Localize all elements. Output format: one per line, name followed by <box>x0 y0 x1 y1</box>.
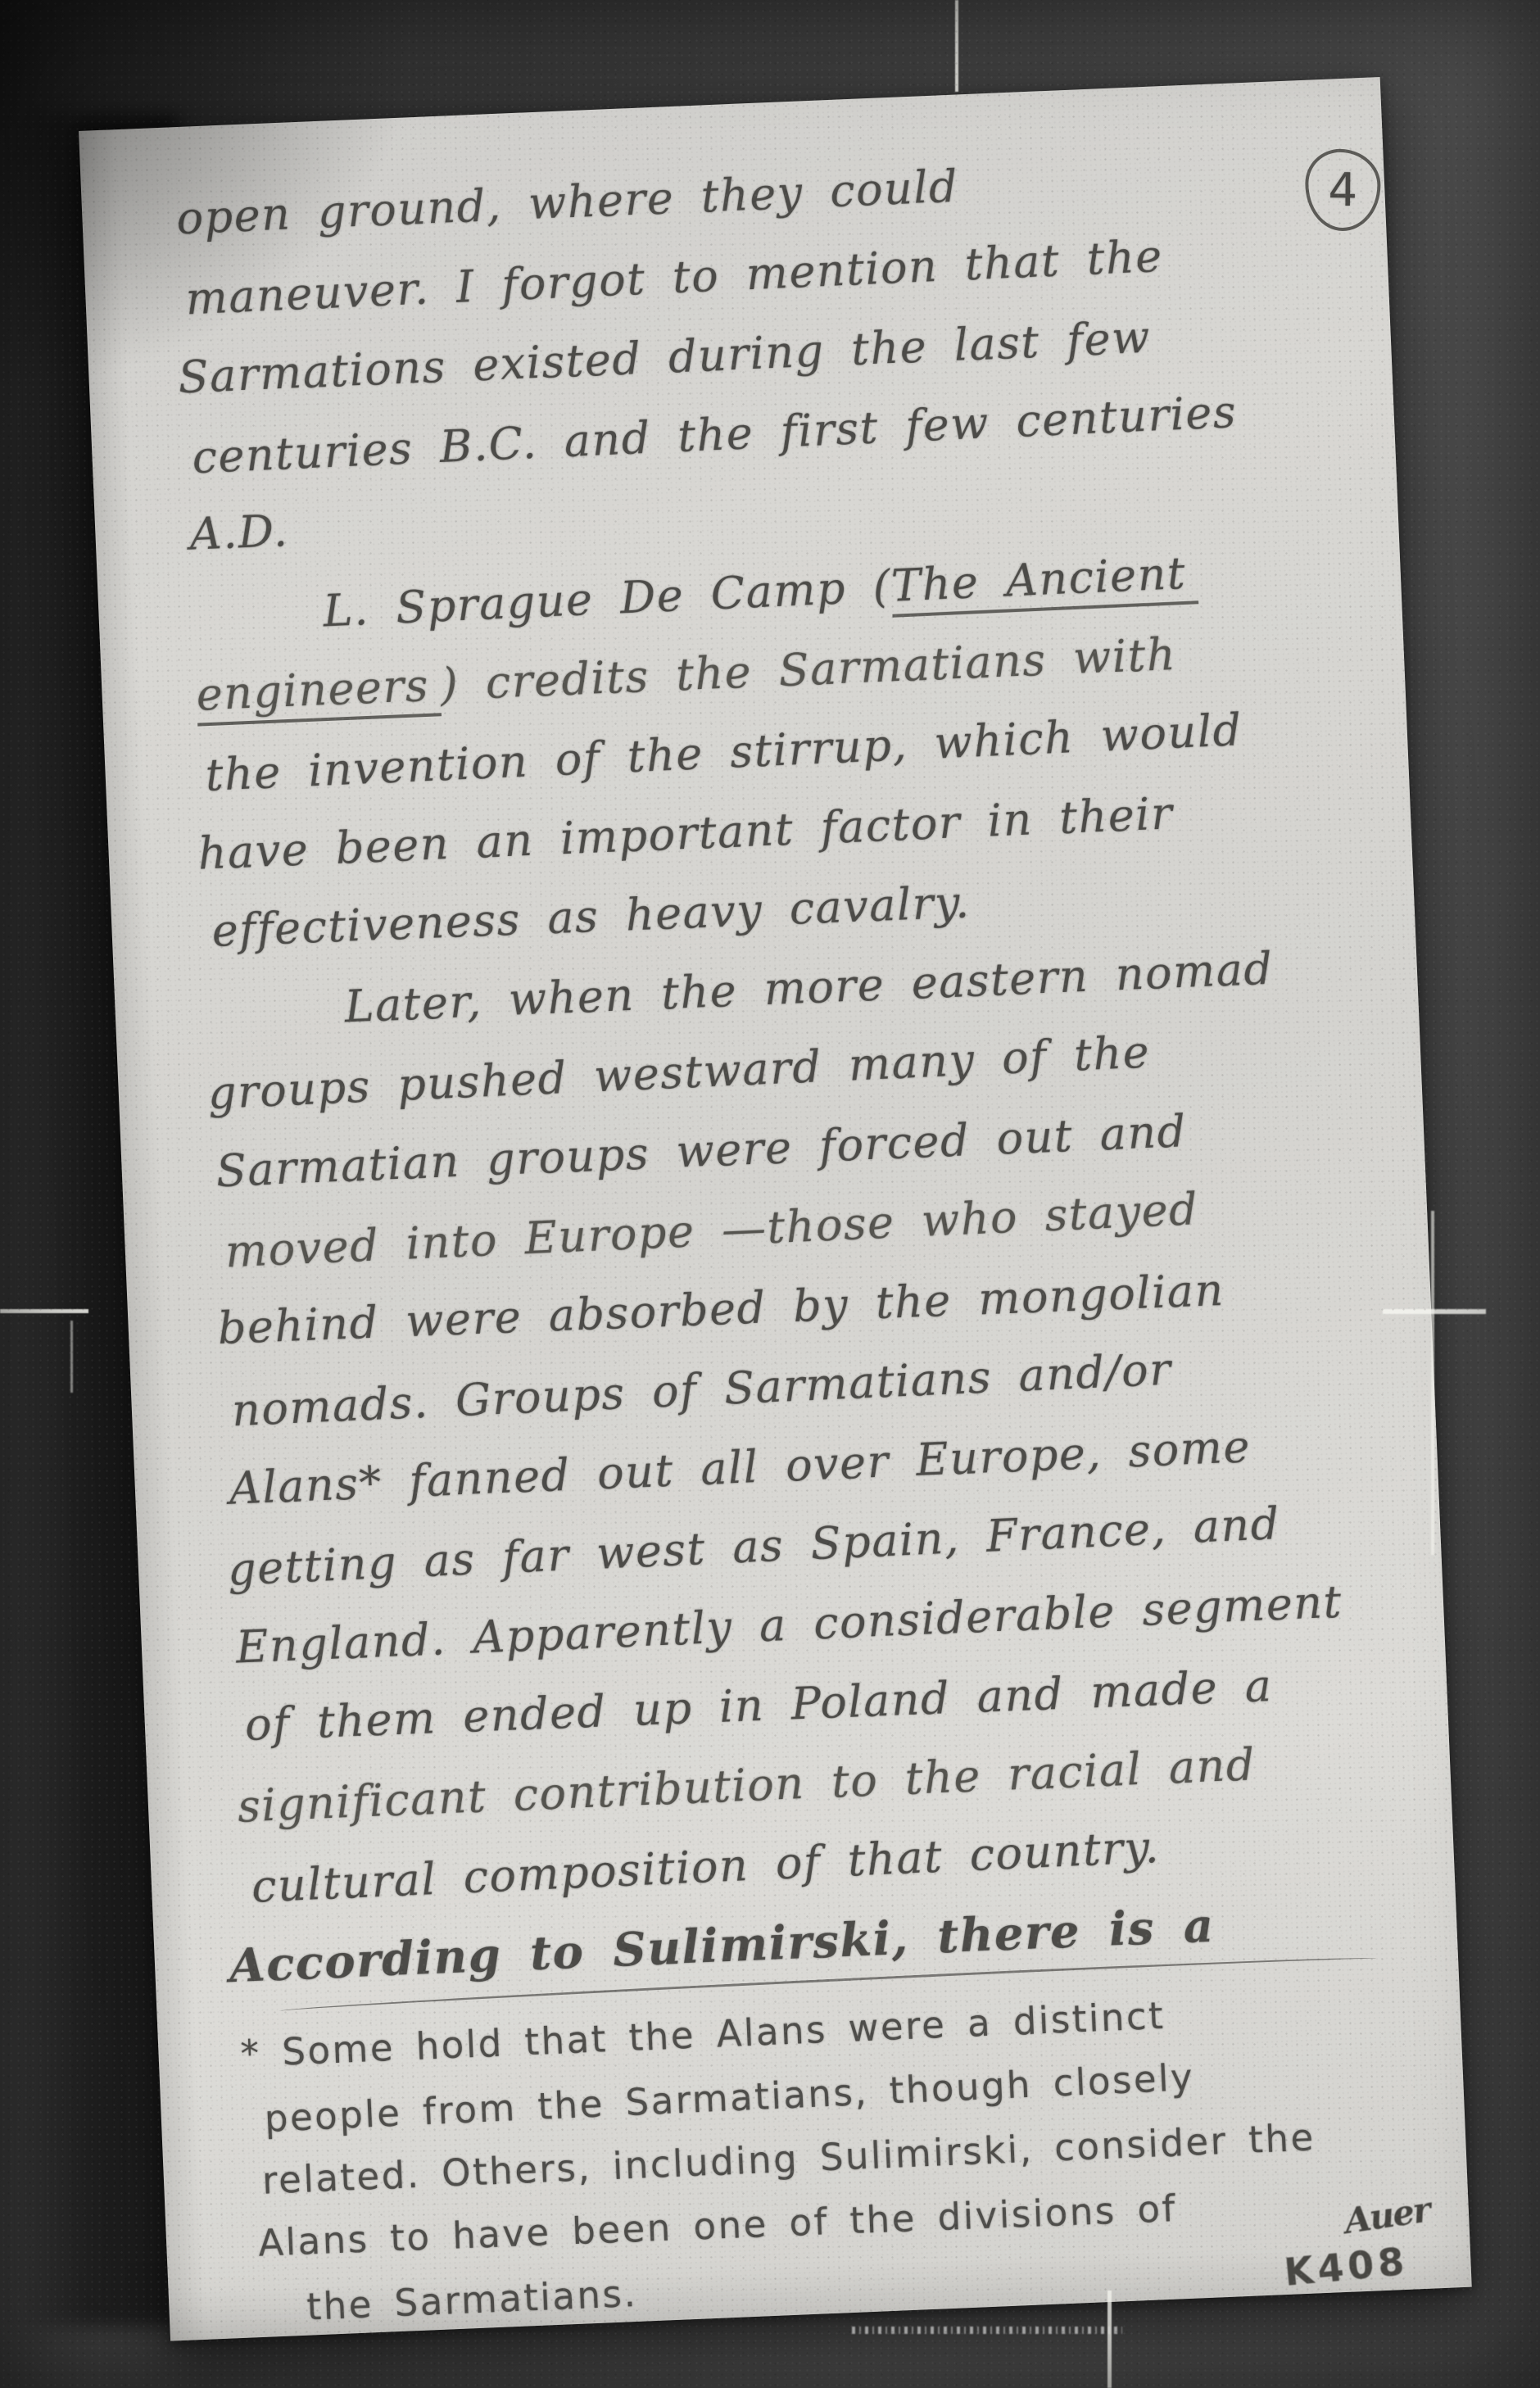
manuscript-page: 4 open ground, where they couldmaneuver.… <box>79 77 1472 2341</box>
registration-mark-left-curl <box>70 1321 73 1393</box>
microfilm-edge-marking <box>852 2327 1122 2334</box>
text-segment: A.D. <box>188 505 289 560</box>
photographed-document-background: 4 open ground, where they couldmaneuver.… <box>0 0 1540 2388</box>
film-thread-bottom <box>1107 2291 1112 2388</box>
registration-mark-right-vertical <box>1431 1211 1434 1555</box>
registration-mark-right-horizontal <box>1383 1309 1486 1314</box>
text-segment: open ground, where they could <box>175 160 959 244</box>
film-thread-top <box>955 0 958 92</box>
handwritten-body-text: open ground, where they couldmaneuver. I… <box>81 132 1437 2011</box>
footnote-block: * Some hold that the Alans were a distin… <box>157 1975 1451 2348</box>
text-segment: L. Sprague De Camp ( <box>322 560 892 637</box>
registration-mark-left <box>0 1309 88 1313</box>
underlined-text: engineers <box>195 659 442 726</box>
underlined-text: The Ancient <box>890 546 1199 617</box>
